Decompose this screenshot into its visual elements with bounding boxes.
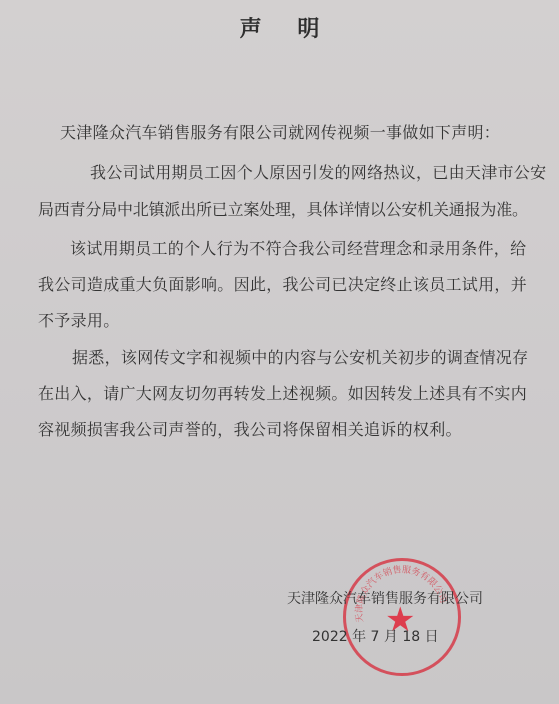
paragraph-3-line-1: 据悉，该网传文字和视频中的内容与公安机关初步的调查情况存 — [72, 345, 528, 368]
paragraph-2-line-3: 不予录用。 — [38, 308, 120, 331]
signature-date: 2022 年 7 月 18 日 — [312, 626, 439, 646]
opening-line: 天津隆众汽车销售服务有限公司就网传视频一事做如下声明： — [60, 120, 500, 143]
paragraph-3-line-2: 在出入，请广大网友切勿再转发上述视频。如因转发上述具有不实内 — [38, 381, 527, 404]
paragraph-1-line-1: 我公司试用期员工因个人原因引发的网络热议，已由天津市公安 — [90, 160, 546, 183]
signature-company: 天津隆众汽车销售服务有限公司 — [287, 588, 483, 608]
paragraph-3-line-3: 容视频损害我公司声誉的，我公司将保留相关追诉的权利。 — [38, 417, 462, 440]
document-title: 声 明 — [0, 12, 559, 43]
document-page: 声 明 天津隆众汽车销售服务有限公司就网传视频一事做如下声明： 我公司试用期员工… — [0, 0, 559, 704]
paragraph-2-line-2: 我公司造成重大负面影响。因此，我公司已决定终止该员工试用，并 — [38, 272, 527, 295]
paragraph-1-line-2: 局西青分局中北镇派出所已立案处理，具体详情以公安机关通报为准。 — [38, 197, 528, 220]
paragraph-2-line-1: 该试用期员工的个人行为不符合我公司经营理念和录用条件，给 — [70, 236, 526, 259]
